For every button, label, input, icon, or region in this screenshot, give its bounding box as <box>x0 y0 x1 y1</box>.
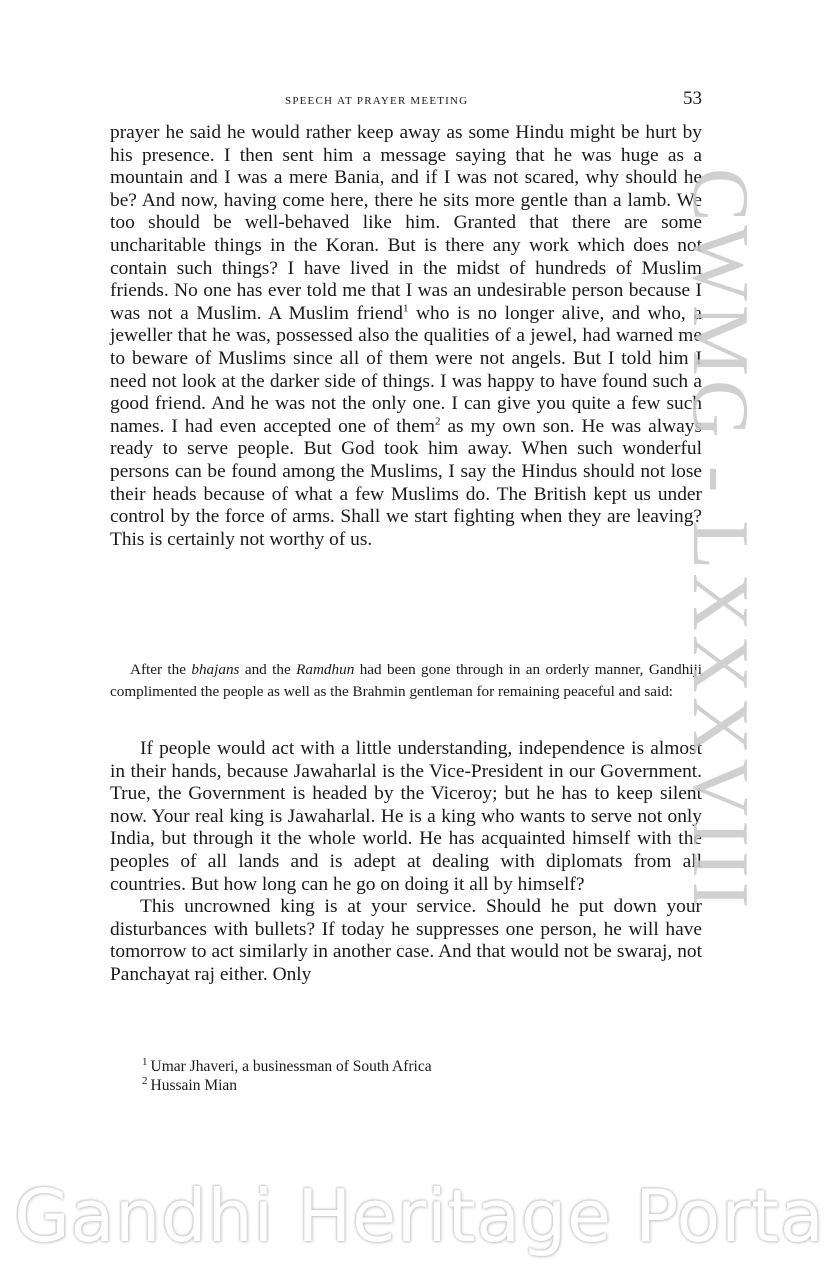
narration-text: and the <box>239 661 296 678</box>
speech-paragraph-3: This uncrowned king is at your service. … <box>110 896 702 986</box>
footnote-text: Umar Jhaveri, a businessman of South Afr… <box>151 1058 432 1075</box>
narration-italic-ramdhun: Ramdhun <box>296 661 354 678</box>
page-header: SPEECH AT PRAYER MEETING 53 <box>110 88 702 112</box>
page-number: 53 <box>683 88 702 110</box>
speech-continuation: If people would act with a little unders… <box>110 738 702 987</box>
footnotes: 1Umar Jhaveri, a businessman of South Af… <box>142 1057 432 1095</box>
paragraph-text: prayer he said he would rather keep away… <box>110 122 702 324</box>
narration-paragraph: After the bhajans and the Ramdhun had be… <box>110 659 702 702</box>
narration-italic-bhajans: bhajans <box>191 661 239 678</box>
footnote-marker: 1 <box>142 1056 148 1068</box>
speech-paragraph-1: prayer he said he would rather keep away… <box>110 122 702 551</box>
footnote-1: 1Umar Jhaveri, a businessman of South Af… <box>142 1057 432 1076</box>
footnote-marker: 2 <box>142 1075 148 1087</box>
speech-paragraph-2: If people would act with a little unders… <box>110 738 702 896</box>
footnote-text: Hussain Mian <box>151 1077 238 1094</box>
portal-watermark: Gandhi Heritage Portal <box>14 1180 827 1252</box>
narration-text: After the <box>130 661 191 678</box>
running-head: SPEECH AT PRAYER MEETING <box>285 92 468 109</box>
footnote-2: 2Hussain Mian <box>142 1076 432 1095</box>
